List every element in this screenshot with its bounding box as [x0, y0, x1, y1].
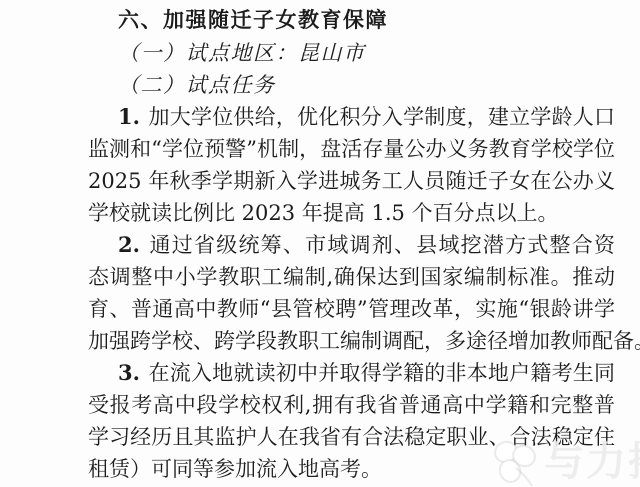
subheading-pilot-region: （一）试点地区：昆山市 [88, 37, 615, 69]
line-text: 通过省级统筹、市域调剂、县域挖潜方式整合资源，动 [88, 233, 615, 261]
paragraph-line: 租赁）可同等参加流入地高考。 [88, 453, 615, 485]
list-number: 3. [118, 360, 140, 385]
paragraph-line: 2025 年秋季学期新入学进城务工人员随迁子女在公办义务教育 [88, 165, 615, 197]
section-heading: 六、加强随迁子女教育保障 [88, 5, 615, 37]
paragraph-line: 加强跨学校、跨学段教职工编制调配，多途径增加教师配备。 [88, 325, 615, 357]
paragraph-line: 2.通过省级统筹、市域调剂、县域挖潜方式整合资源，动 [88, 229, 615, 261]
paragraph-3: 3.在流入地就读初中并取得学籍的非本地户籍考生同等享 受报考高中段学校权利,拥有… [88, 357, 615, 485]
document-page: 六、加强随迁子女教育保障 （一）试点地区：昆山市 （二）试点任务 1.加大学位供… [0, 0, 640, 487]
paragraph-1: 1.加大学位供给，优化积分入学制度，建立学龄人口动态 监测和“学位预警”机制，盘… [88, 101, 615, 229]
paragraph-line: 1.加大学位供给，优化积分入学制度，建立学龄人口动态 [88, 101, 615, 133]
paragraph-line: 学习经历且其监护人在我省有合法稳定职业、合法稳定住所（含 [88, 421, 615, 453]
list-number: 2. [118, 232, 140, 257]
subheading-pilot-tasks: （二）试点任务 [88, 69, 615, 101]
paragraph-line: 育、普通高中教师“县管校聘”管理改革，实施“银龄讲学计划”, [88, 293, 615, 325]
paragraph-line: 态调整中小学教职工编制,确保达到国家编制标准。推动义务教 [88, 261, 615, 293]
paragraph-2: 2.通过省级统筹、市域调剂、县域挖潜方式整合资源，动 态调整中小学教职工编制,确… [88, 229, 615, 357]
document-body: 六、加强随迁子女教育保障 （一）试点地区：昆山市 （二）试点任务 1.加大学位供… [88, 5, 615, 485]
line-text: 加大学位供给，优化积分入学制度，建立学龄人口动态 [88, 105, 615, 133]
paragraph-line: 3.在流入地就读初中并取得学籍的非本地户籍考生同等享 [88, 357, 615, 389]
list-number: 1. [118, 104, 140, 129]
paragraph-line: 监测和“学位预警”机制，盘活存量公办义务教育学校学位潜力， [88, 133, 615, 165]
paragraph-line: 受报考高中段学校权利,拥有我省普通高中学籍和完整普通高中 [88, 389, 615, 421]
line-text: 在流入地就读初中并取得学籍的非本地户籍考生同等享 [88, 361, 615, 389]
paragraph-line: 学校就读比例比 2023 年提高 1.5 个百分点以上。 [88, 197, 615, 229]
